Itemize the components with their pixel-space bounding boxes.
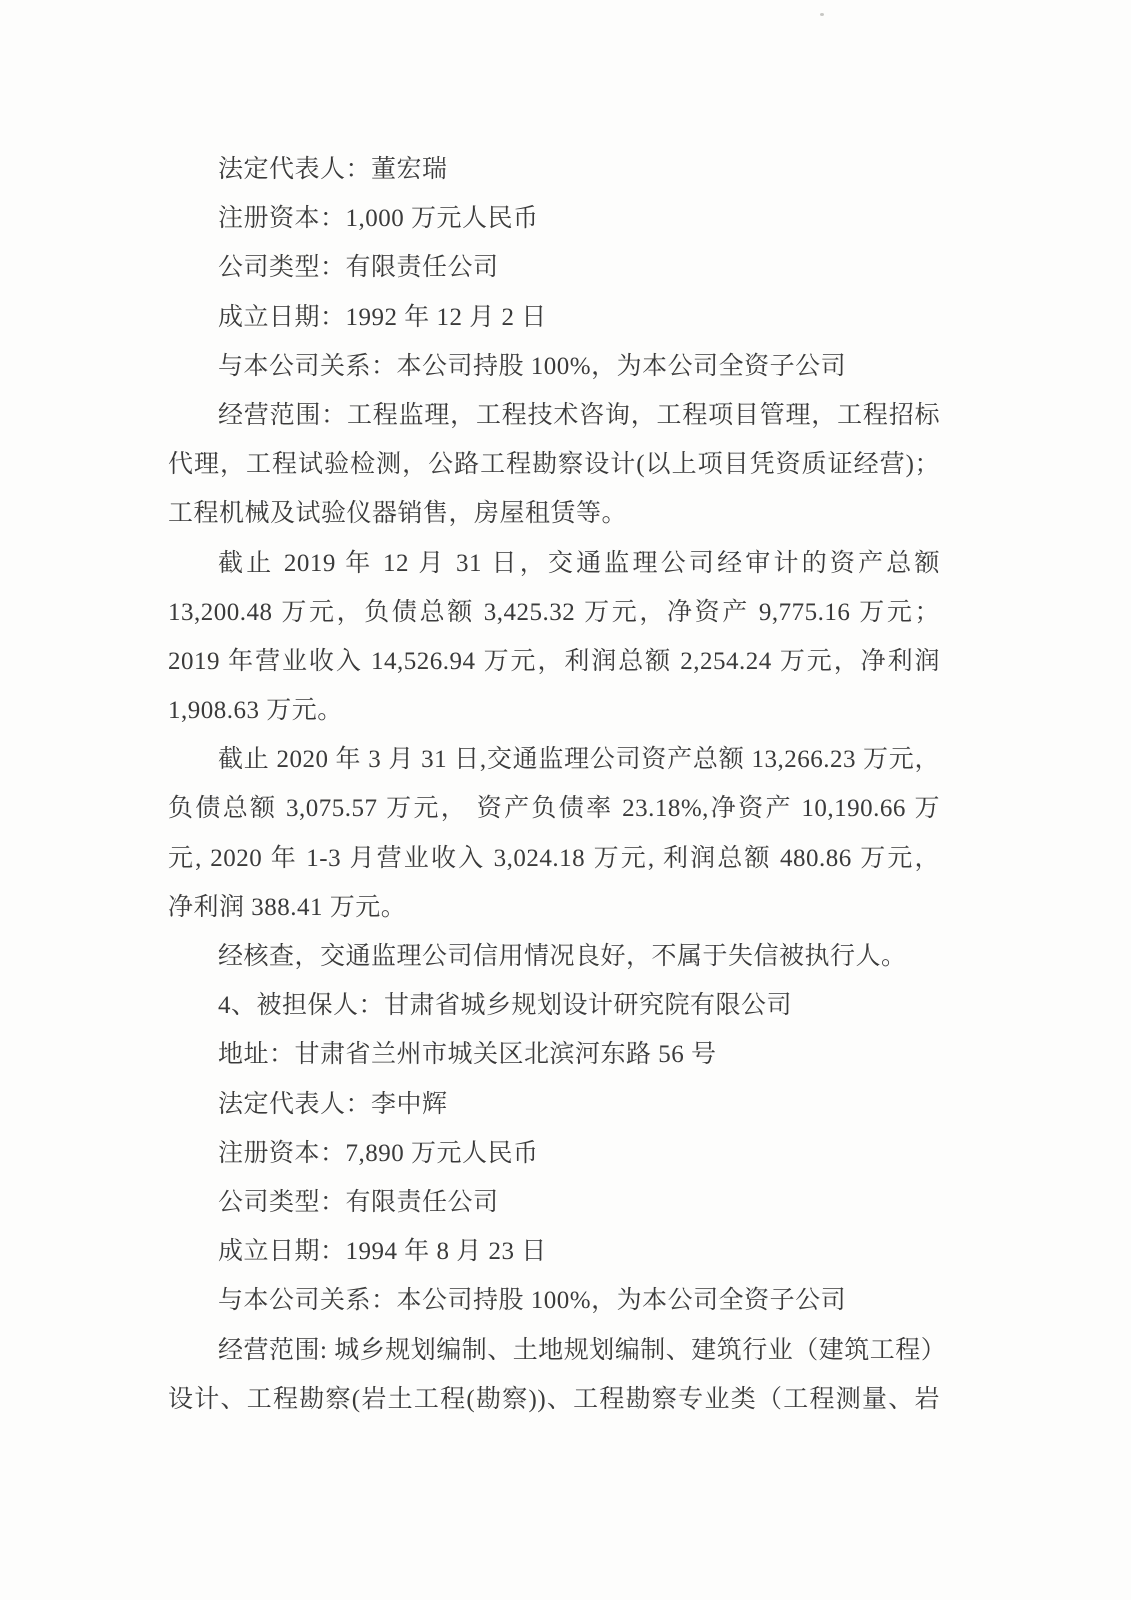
registered-capital-line-2: 注册资本：7,890 万元人民币 bbox=[168, 1129, 940, 1178]
document-body: 法定代表人：董宏瑞 注册资本：1,000 万元人民币 公司类型：有限责任公司 成… bbox=[168, 145, 940, 1424]
company-relationship-line-2: 与本公司关系：本公司持股 100%，为本公司全资子公司 bbox=[168, 1276, 940, 1325]
legal-representative-line: 法定代表人：董宏瑞 bbox=[168, 145, 940, 194]
registered-capital-line: 注册资本：1,000 万元人民币 bbox=[168, 194, 940, 243]
business-scope-2-line-2: 设计、工程勘察(岩土工程(勘察))、工程勘察专业类（工程测量、岩 bbox=[168, 1375, 940, 1424]
company-type-line: 公司类型：有限责任公司 bbox=[168, 243, 940, 292]
business-scope-2-line-1: 经营范围: 城乡规划编制、土地规划编制、建筑行业（建筑工程） bbox=[168, 1326, 940, 1375]
legal-representative-line-2: 法定代表人：李中辉 bbox=[168, 1080, 940, 1129]
fy2019-financials-line-4: 1,908.63 万元。 bbox=[168, 686, 940, 735]
address-line-2: 地址：甘肃省兰州市城关区北滨河东路 56 号 bbox=[168, 1030, 940, 1079]
scan-speck bbox=[820, 13, 824, 16]
business-scope-line-3: 工程机械及试验仪器销售，房屋租赁等。 bbox=[168, 489, 940, 538]
q1-2020-financials-line-1: 截止 2020 年 3 月 31 日,交通监理公司资产总额 13,266.23 … bbox=[168, 735, 940, 784]
q1-2020-financials-line-4: 净利润 388.41 万元。 bbox=[168, 883, 940, 932]
company-relationship-line: 与本公司关系：本公司持股 100%，为本公司全资子公司 bbox=[168, 342, 940, 391]
q1-2020-financials-line-3: 元, 2020 年 1-3 月营业收入 3,024.18 万元, 利润总额 48… bbox=[168, 834, 940, 883]
q1-2020-financials-line-2: 负债总额 3,075.57 万元， 资产负债率 23.18%,净资产 10,19… bbox=[168, 784, 940, 833]
establishment-date-line: 成立日期：1992 年 12 月 2 日 bbox=[168, 293, 940, 342]
establishment-date-line-2: 成立日期：1994 年 8 月 23 日 bbox=[168, 1227, 940, 1276]
business-scope-line-1: 经营范围：工程监理，工程技术咨询，工程项目管理，工程招标 bbox=[168, 391, 940, 440]
fy2019-financials-line-1: 截止 2019 年 12 月 31 日，交通监理公司经审计的资产总额 bbox=[168, 539, 940, 588]
business-scope-line-2: 代理，工程试验检测，公路工程勘察设计(以上项目凭资质证经营)； bbox=[168, 440, 940, 489]
guaranteed-party-4-line: 4、被担保人：甘肃省城乡规划设计研究院有限公司 bbox=[168, 981, 940, 1030]
fy2019-financials-line-2: 13,200.48 万元，负债总额 3,425.32 万元，净资产 9,775.… bbox=[168, 588, 940, 637]
credit-check-line: 经核查，交通监理公司信用情况良好，不属于失信被执行人。 bbox=[168, 932, 940, 981]
company-type-line-2: 公司类型：有限责任公司 bbox=[168, 1178, 940, 1227]
fy2019-financials-line-3: 2019 年营业收入 14,526.94 万元，利润总额 2,254.24 万元… bbox=[168, 637, 940, 686]
document-page: 法定代表人：董宏瑞 注册资本：1,000 万元人民币 公司类型：有限责任公司 成… bbox=[0, 0, 1131, 1600]
